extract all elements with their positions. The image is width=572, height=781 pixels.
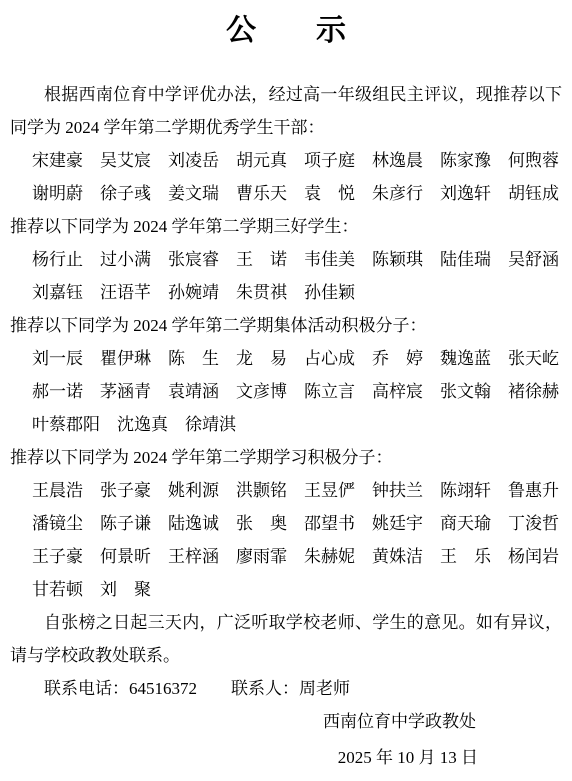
student-name: 王子豪 bbox=[32, 540, 83, 573]
student-name: 王 诺 bbox=[236, 243, 287, 276]
student-name: 郝一诺 bbox=[32, 375, 83, 408]
section-header-merit-students: 推荐以下同学为 2024 学年第二学期三好学生： bbox=[10, 210, 562, 243]
name-row: 杨行止过小满张宸睿王 诺韦佳美陈颖琪陆佳瑞吴舒涵 bbox=[10, 243, 562, 276]
student-name: 孙婉靖 bbox=[168, 276, 219, 309]
student-name: 胡钰成 bbox=[508, 177, 559, 210]
student-name: 魏逸蓝 bbox=[440, 342, 491, 375]
student-name: 甘若顿 bbox=[32, 573, 83, 606]
student-name: 高梓宸 bbox=[372, 375, 423, 408]
student-name: 乔 婷 bbox=[372, 342, 423, 375]
student-name: 张文翰 bbox=[440, 375, 491, 408]
student-name: 袁 悦 bbox=[304, 177, 355, 210]
student-name: 过小满 bbox=[100, 243, 151, 276]
student-name: 陈子谦 bbox=[100, 507, 151, 540]
student-name: 徐靖淇 bbox=[185, 408, 236, 441]
name-row: 潘镜尘陈子谦陆逸诚张 奥邵望书姚廷宇商天瑜丁浚哲 bbox=[10, 507, 562, 540]
student-name: 陈颖琪 bbox=[372, 243, 423, 276]
student-name: 张 奥 bbox=[236, 507, 287, 540]
student-name: 林逸晨 bbox=[372, 144, 423, 177]
name-row: 刘嘉钰汪语芊孙婉靖朱贯祺孙佳颖 bbox=[10, 276, 562, 309]
student-name: 吴艾宸 bbox=[100, 144, 151, 177]
student-name: 汪语芊 bbox=[100, 276, 151, 309]
signature-department: 西南位育中学政教处 bbox=[10, 705, 562, 738]
student-name: 丁浚哲 bbox=[508, 507, 559, 540]
contact-phone-number: 64516372 bbox=[129, 679, 197, 698]
name-row: 谢明蔚徐子彧姜文瑞曹乐天袁 悦朱彦行刘逸轩胡钰成 bbox=[10, 177, 562, 210]
name-row: 郝一诺茅涵青袁靖涵文彦博陈立言高梓宸张文翰褚徐赫 bbox=[10, 375, 562, 408]
student-name: 王昱俨 bbox=[304, 474, 355, 507]
student-name: 叶蔡郡阳 bbox=[32, 408, 100, 441]
student-name: 杨行止 bbox=[32, 243, 83, 276]
list-study-activists: 王晨浩张子豪姚利源洪颢铭王昱俨钟扶兰陈翊轩鲁惠升潘镜尘陈子谦陆逸诚张 奥邵望书姚… bbox=[10, 474, 562, 606]
student-name: 张天屹 bbox=[508, 342, 559, 375]
list-merit-students: 杨行止过小满张宸睿王 诺韦佳美陈颖琪陆佳瑞吴舒涵刘嘉钰汪语芊孙婉靖朱贯祺孙佳颖 bbox=[10, 243, 562, 309]
student-name: 占心成 bbox=[304, 342, 355, 375]
student-name: 陆逸诚 bbox=[168, 507, 219, 540]
contact-phone-label: 联系电话： bbox=[44, 679, 129, 698]
student-name: 钟扶兰 bbox=[372, 474, 423, 507]
student-name: 胡元真 bbox=[236, 144, 287, 177]
student-name: 何景昕 bbox=[100, 540, 151, 573]
student-name: 孙佳颖 bbox=[304, 276, 355, 309]
student-name: 龙 易 bbox=[236, 342, 287, 375]
notice-document: 公 示 根据西南位育中学评优办法，经过高一年级组民主评议，现推荐以下同学为 20… bbox=[0, 0, 572, 781]
student-name: 洪颢铭 bbox=[236, 474, 287, 507]
student-name: 项子庭 bbox=[304, 144, 355, 177]
name-row: 王子豪何景昕王梓涵廖雨霏朱赫妮黄姝洁王 乐杨闰岩 bbox=[10, 540, 562, 573]
student-name: 谢明蔚 bbox=[32, 177, 83, 210]
student-name: 朱赫妮 bbox=[304, 540, 355, 573]
student-name: 刘一辰 bbox=[32, 342, 83, 375]
student-name: 刘凌岳 bbox=[168, 144, 219, 177]
name-row: 刘一辰瞿伊琳陈 生龙 易占心成乔 婷魏逸蓝张天屹 bbox=[10, 342, 562, 375]
student-name: 宋建豪 bbox=[32, 144, 83, 177]
student-name: 陈 生 bbox=[168, 342, 219, 375]
student-name: 陈家豫 bbox=[440, 144, 491, 177]
section-header-study-activists: 推荐以下同学为 2024 学年第二学期学习积极分子： bbox=[10, 441, 562, 474]
student-name: 姜文瑞 bbox=[168, 177, 219, 210]
student-name: 商天瑜 bbox=[440, 507, 491, 540]
student-name: 文彦博 bbox=[236, 375, 287, 408]
student-name: 王 乐 bbox=[440, 540, 491, 573]
contact-line: 联系电话：64516372联系人：周老师 bbox=[10, 672, 562, 705]
intro-paragraph: 根据西南位育中学评优办法，经过高一年级组民主评议，现推荐以下同学为 2024 学… bbox=[10, 78, 562, 144]
student-name: 陈立言 bbox=[304, 375, 355, 408]
student-name: 廖雨霏 bbox=[236, 540, 287, 573]
student-name: 王梓涵 bbox=[168, 540, 219, 573]
student-name: 何煦蓉 bbox=[508, 144, 559, 177]
student-name: 曹乐天 bbox=[236, 177, 287, 210]
student-name: 沈逸真 bbox=[117, 408, 168, 441]
student-name: 刘 聚 bbox=[100, 573, 151, 606]
student-name: 姚廷宇 bbox=[372, 507, 423, 540]
student-name: 瞿伊琳 bbox=[100, 342, 151, 375]
student-name: 张宸睿 bbox=[168, 243, 219, 276]
student-name: 茅涵青 bbox=[100, 375, 151, 408]
list-outstanding-cadres: 宋建豪吴艾宸刘凌岳胡元真项子庭林逸晨陈家豫何煦蓉谢明蔚徐子彧姜文瑞曹乐天袁 悦朱… bbox=[10, 144, 562, 210]
student-name: 朱彦行 bbox=[372, 177, 423, 210]
name-row: 王晨浩张子豪姚利源洪颢铭王昱俨钟扶兰陈翊轩鲁惠升 bbox=[10, 474, 562, 507]
student-name: 张子豪 bbox=[100, 474, 151, 507]
signature-date: 2025 年 10 月 13 日 bbox=[10, 741, 562, 774]
closing-paragraph: 自张榜之日起三天内，广泛听取学校老师、学生的意见。如有异议，请与学校政教处联系。 bbox=[10, 606, 562, 672]
list-activity-activists: 刘一辰瞿伊琳陈 生龙 易占心成乔 婷魏逸蓝张天屹郝一诺茅涵青袁靖涵文彦博陈立言高… bbox=[10, 342, 562, 441]
student-name: 袁靖涵 bbox=[168, 375, 219, 408]
name-row: 宋建豪吴艾宸刘凌岳胡元真项子庭林逸晨陈家豫何煦蓉 bbox=[10, 144, 562, 177]
student-name: 姚利源 bbox=[168, 474, 219, 507]
student-name: 王晨浩 bbox=[32, 474, 83, 507]
student-name: 陆佳瑞 bbox=[440, 243, 491, 276]
student-name: 潘镜尘 bbox=[32, 507, 83, 540]
student-name: 刘嘉钰 bbox=[32, 276, 83, 309]
student-name: 鲁惠升 bbox=[508, 474, 559, 507]
student-name: 吴舒涵 bbox=[508, 243, 559, 276]
page-title: 公 示 bbox=[10, 10, 562, 52]
contact-person-label: 联系人： bbox=[231, 679, 299, 698]
student-name: 刘逸轩 bbox=[440, 177, 491, 210]
contact-person-name: 周老师 bbox=[299, 679, 350, 698]
student-name: 褚徐赫 bbox=[508, 375, 559, 408]
student-name: 邵望书 bbox=[304, 507, 355, 540]
student-name: 韦佳美 bbox=[304, 243, 355, 276]
student-name: 陈翊轩 bbox=[440, 474, 491, 507]
student-name: 黄姝洁 bbox=[372, 540, 423, 573]
student-name: 朱贯祺 bbox=[236, 276, 287, 309]
section-header-activity-activists: 推荐以下同学为 2024 学年第二学期集体活动积极分子： bbox=[10, 309, 562, 342]
student-name: 徐子彧 bbox=[100, 177, 151, 210]
name-row: 叶蔡郡阳沈逸真徐靖淇 bbox=[10, 408, 562, 441]
student-name: 杨闰岩 bbox=[508, 540, 559, 573]
name-row: 甘若顿刘 聚 bbox=[10, 573, 562, 606]
